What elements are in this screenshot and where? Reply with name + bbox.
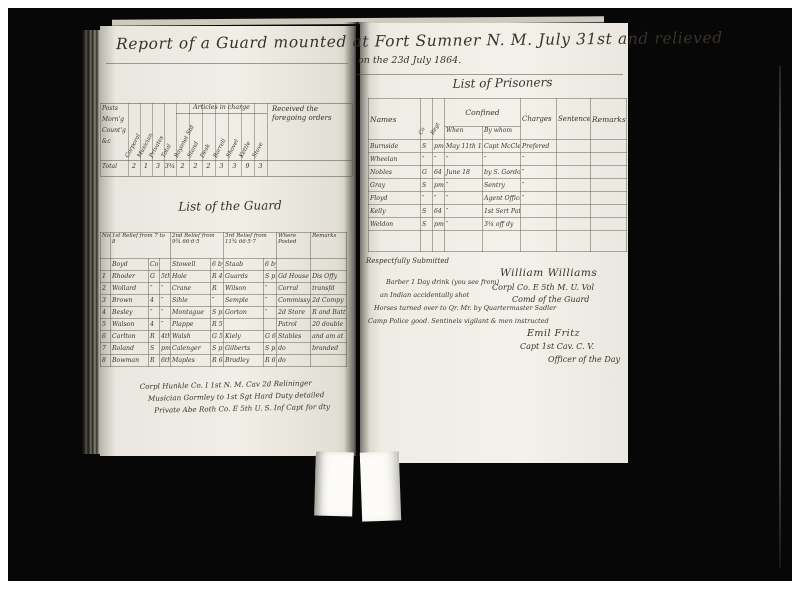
cell: transfd — [311, 283, 347, 295]
cell: ″ — [521, 166, 557, 179]
report-title-line2: on the 23d July 1864. — [358, 55, 461, 66]
cell — [264, 319, 277, 331]
cell: S pm — [211, 343, 224, 355]
cell: ″ — [445, 218, 483, 231]
guard-col-relief1: 1st Relief from 7 to 8 — [111, 233, 171, 259]
cell: 64 — [433, 166, 445, 179]
cell: Walsh — [171, 331, 211, 343]
cell: Gray — [369, 179, 421, 192]
cell — [445, 231, 483, 252]
cell: Wilson — [224, 283, 264, 295]
cell: Burnside — [369, 140, 421, 153]
prisoner-row-empty — [369, 231, 627, 252]
cell: R — [149, 355, 160, 367]
document-content: Report of a Guard mounted at Fort Sumner… — [0, 0, 800, 589]
prisoner-row: Weldon S pm ″ 3¼ off dy — [369, 218, 627, 231]
prisoner-row: Nobles G 64 June 18 by S. Gordon ″ — [369, 166, 627, 179]
cell: ″ — [445, 153, 483, 166]
guard-col-relief2: 2nd Relief from 9¾ 66·6·5 — [171, 233, 224, 259]
cell — [591, 218, 627, 231]
signature-officer-of-day-name: Emil Fritz — [527, 328, 580, 339]
cell: ″ — [149, 307, 160, 319]
footnote-line: Private Abe Roth Co. E 5th U. S. Inf Cap… — [140, 401, 330, 417]
cell: pm — [433, 218, 445, 231]
guard-row: 2 Wollard ″ ″ Crane R Wilson ″ Corral tr… — [101, 283, 347, 295]
total-value: 9 — [241, 162, 254, 170]
cell: ″ — [264, 307, 277, 319]
cell: 2d Compy — [311, 295, 347, 307]
detail-table: Posts Morn'g Count'g &c Total Corporal M… — [100, 103, 352, 176]
cell: Sihle — [171, 295, 211, 307]
prisoners-title: List of Prisoners — [425, 75, 580, 92]
cell: do — [277, 343, 311, 355]
cell: R 6th — [264, 355, 277, 367]
cell — [591, 153, 627, 166]
cell: Plappe — [171, 319, 211, 331]
cell: 1st Sert Patton — [483, 205, 521, 218]
prisoners-col-sentence: Sentence — [557, 99, 591, 140]
prisoners-table: Names Co Regt Confined Charges Sentence … — [368, 98, 627, 252]
cell — [591, 166, 627, 179]
cell — [311, 355, 347, 367]
cell: ″ — [421, 192, 433, 205]
cell — [557, 205, 591, 218]
title-underline-right — [357, 74, 623, 75]
cell: Hole — [171, 271, 211, 283]
guard-table: No. 1st Relief from 7 to 8 2nd Relief fr… — [100, 232, 347, 367]
cell: Maples — [171, 355, 211, 367]
cell: branded — [311, 343, 347, 355]
grid-line — [100, 160, 352, 161]
grid-line — [100, 176, 352, 177]
guard-col-remarks: Remarks — [311, 233, 347, 259]
grid-line — [100, 103, 101, 176]
cell: ″ — [211, 295, 224, 307]
cell: Agent Office — [483, 192, 521, 205]
total-value: 3 — [215, 162, 228, 170]
prisoner-row: Floyd ″ ″ ″ Agent Office ″ — [369, 192, 627, 205]
guard-row: 8 Bowman R 6th Maples R 64 Bradley R 6th… — [101, 355, 347, 367]
cell: S pm — [211, 307, 224, 319]
column-header-diagonal: Regt — [430, 122, 442, 136]
cell: Nobles — [369, 166, 421, 179]
row-label: &c — [102, 138, 111, 145]
cell — [433, 231, 445, 252]
cell: 64 — [433, 205, 445, 218]
cell: ″ — [160, 295, 171, 307]
cell — [557, 218, 591, 231]
cell: Guards — [224, 271, 264, 283]
cell: Bowman — [111, 355, 149, 367]
cell: Stowell — [171, 259, 211, 271]
cell — [557, 192, 591, 205]
cell — [557, 153, 591, 166]
cell: 7 — [101, 343, 111, 355]
cell: ″ — [445, 192, 483, 205]
cell: Kiely — [224, 331, 264, 343]
cell — [591, 140, 627, 153]
cell: Kelly — [369, 205, 421, 218]
cell: Boyd — [111, 259, 149, 271]
title-underline-left — [106, 63, 348, 64]
cell: Roland — [111, 343, 149, 355]
guard-row: 7 Roland S pm Calenger S pm Gilberts S p… — [101, 343, 347, 355]
cell — [483, 231, 521, 252]
cell: S pm — [264, 343, 277, 355]
total-value: 3 — [254, 162, 267, 170]
total-value: 1 — [140, 162, 152, 170]
guard-list-title: List of the Guard — [165, 198, 295, 214]
cell: Gorton — [224, 307, 264, 319]
cell: S — [421, 205, 433, 218]
cell: 1 — [101, 271, 111, 283]
cell: Gilberts — [224, 343, 264, 355]
column-header-diagonal: Total — [161, 143, 173, 159]
cell: ″ — [445, 179, 483, 192]
cell: Brown — [111, 295, 149, 307]
guard-row: Boyd Corp Stowell 6 by Staab 6 by — [101, 259, 347, 271]
cell: S — [149, 343, 160, 355]
guard-footnotes: Corpl Hunkle Co. I 1st N. M. Cav 2d Reli… — [140, 377, 331, 417]
cell: ″ — [433, 192, 445, 205]
cell: pm — [433, 179, 445, 192]
cell: May 11th 1864 — [445, 140, 483, 153]
cell: ″ — [521, 192, 557, 205]
cell: June 18 — [445, 166, 483, 179]
cell: ″ — [264, 295, 277, 307]
grid-line — [267, 103, 268, 176]
total-value: 3 — [152, 162, 164, 170]
cell — [224, 319, 264, 331]
total-value: 2 — [128, 162, 140, 170]
cell — [521, 205, 557, 218]
cell: Floyd — [369, 192, 421, 205]
row-label: Posts — [102, 105, 118, 112]
cell: 3 — [101, 295, 111, 307]
cell: 20 double — [311, 319, 347, 331]
total-label: Total — [102, 163, 117, 170]
cell: ″ — [160, 319, 171, 331]
cell: S pm — [264, 271, 277, 283]
cell: Commissy — [277, 295, 311, 307]
cell — [160, 259, 171, 271]
cell: Sentry — [483, 179, 521, 192]
prisoners-col-remarks: Remarks — [591, 99, 627, 140]
cell: Carlton — [111, 331, 149, 343]
cell: Semple — [224, 295, 264, 307]
cell: ″ — [264, 283, 277, 295]
note-line: Camp Police good. Sentinels vigilant & m… — [368, 315, 556, 328]
report-title-line1: Report of a Guard mounted at Fort Sumner… — [116, 29, 723, 53]
received-orders-note: foregoing orders — [272, 114, 332, 122]
cell: by S. Gordon — [483, 166, 521, 179]
cell: pm — [433, 140, 445, 153]
prisoner-row: Burnside S pm May 11th 1864 Capt McCleav… — [369, 140, 627, 153]
grid-line — [352, 103, 353, 176]
cell: S — [421, 179, 433, 192]
cell: 6th — [160, 355, 171, 367]
cell: 5th — [160, 271, 171, 283]
prisoner-row: Gray S pm ″ Sentry ″ — [369, 179, 627, 192]
cell: Bradley — [224, 355, 264, 367]
cell — [557, 166, 591, 179]
cell — [591, 205, 627, 218]
respectfully-submitted: Respectfully Submitted — [366, 257, 449, 265]
guard-row: 1 Rhoder G 5th Hole R 4 Guards S pm Gd H… — [101, 271, 347, 283]
signature-guard-commander-rank: Corpl Co. E 5th M. U. Vol — [492, 283, 594, 292]
cell — [311, 259, 347, 271]
cell: ″ — [433, 153, 445, 166]
prisoners-col-charges: Charges — [521, 99, 557, 140]
total-value: 3¾ — [164, 162, 176, 170]
signature-guard-commander-name: William Williams — [500, 267, 597, 279]
cell: ″ — [445, 205, 483, 218]
cell: Montague — [171, 307, 211, 319]
cell: 4 — [101, 307, 111, 319]
prisoners-col-when: When — [445, 127, 483, 140]
cell: ″ — [160, 283, 171, 295]
guard-row: 3 Brown 4 ″ Sihle ″ Semple ″ Commissy 2d… — [101, 295, 347, 307]
prisoners-col-regt: Regt — [433, 99, 445, 140]
guard-row: 6 Carlton R 4th Walsh G 5 Kiely G 64 Sta… — [101, 331, 347, 343]
cell — [591, 231, 627, 252]
prisoner-row: Kelly S 64 ″ 1st Sert Patton — [369, 205, 627, 218]
cell: G 5 — [211, 331, 224, 343]
cell: G 64 — [264, 331, 277, 343]
cell: R 4 — [211, 271, 224, 283]
cell: Patrol — [277, 319, 311, 331]
cell: Walson — [111, 319, 149, 331]
cell: ″ — [160, 307, 171, 319]
cell — [591, 179, 627, 192]
cell: Weldon — [369, 218, 421, 231]
received-orders-note: Received the — [272, 105, 318, 113]
cell: Wheelan — [369, 153, 421, 166]
cell: Crane — [171, 283, 211, 295]
microfilm-scan-frame: Report of a Guard mounted at Fort Sumner… — [0, 0, 800, 589]
cell: and am at — [311, 331, 347, 343]
cell: Capt McCleave — [483, 140, 521, 153]
cell: 8 — [101, 355, 111, 367]
cell: Staab — [224, 259, 264, 271]
cell: 6 by — [211, 259, 224, 271]
cell: 4 — [149, 319, 160, 331]
cell — [101, 259, 111, 271]
cell: Dis Offy — [311, 271, 347, 283]
total-value: 2 — [176, 162, 189, 170]
cell: ″ — [483, 153, 521, 166]
guard-row: 5 Walson 4 ″ Plappe R 5 Patrol 20 double — [101, 319, 347, 331]
cell: G — [421, 166, 433, 179]
cell: do — [277, 355, 311, 367]
cell — [369, 231, 421, 252]
guard-row: 4 Besley ″ ″ Montague S pm Gorton ″ 2d S… — [101, 307, 347, 319]
cell: ″ — [149, 283, 160, 295]
cell: Prefered — [521, 140, 557, 153]
cell — [521, 231, 557, 252]
cell: 5 — [101, 319, 111, 331]
cell — [557, 231, 591, 252]
row-label: Count'g — [102, 127, 126, 134]
prisoners-col-names: Names — [369, 99, 421, 140]
cell: R — [149, 331, 160, 343]
cell: Rhoder — [111, 271, 149, 283]
prisoners-col-confined: Confined — [445, 99, 521, 127]
cell: ″ — [521, 179, 557, 192]
cell: 3¼ off dy — [483, 218, 521, 231]
cell: pm — [160, 343, 171, 355]
cell: Gd House — [277, 271, 311, 283]
total-value: 3 — [228, 162, 241, 170]
cell — [277, 259, 311, 271]
cell: G — [149, 271, 160, 283]
signature-officer-of-day-rank: Capt 1st Cav. C. V. — [520, 342, 594, 351]
cell: ″ — [521, 153, 557, 166]
cell: Stables — [277, 331, 311, 343]
total-value: 2 — [202, 162, 215, 170]
cell: R 5 — [211, 319, 224, 331]
guard-col-posted: Where Posted — [277, 233, 311, 259]
cell: Calenger — [171, 343, 211, 355]
cell — [591, 192, 627, 205]
cell — [421, 231, 433, 252]
guard-col-relief3: 3rd Relief from 11¾ 66·5·7 — [224, 233, 277, 259]
cell: R — [211, 283, 224, 295]
cell — [557, 140, 591, 153]
total-value: 2 — [189, 162, 202, 170]
cell: Corp — [149, 259, 160, 271]
cell — [521, 218, 557, 231]
cell: 6 — [101, 331, 111, 343]
cell: Besley — [111, 307, 149, 319]
cell: 2 — [101, 283, 111, 295]
cell: 4 — [149, 295, 160, 307]
cell: ″ — [421, 153, 433, 166]
cell: Corral — [277, 283, 311, 295]
cell: S — [421, 218, 433, 231]
cell: 4th — [160, 331, 171, 343]
guard-col-no: No. — [101, 233, 111, 259]
prisoners-col-bywhom: By whom — [483, 127, 521, 140]
cell: 6 by — [264, 259, 277, 271]
cell: Wollard — [111, 283, 149, 295]
cell: R 64 — [211, 355, 224, 367]
cell — [557, 179, 591, 192]
cell: 2d Store — [277, 307, 311, 319]
signature-guard-commander-role: Comd of the Guard — [512, 295, 589, 304]
articles-in-charge-header: Articles in charge — [176, 104, 267, 111]
row-label: Morn'g — [102, 116, 124, 123]
cell: R and Batt — [311, 307, 347, 319]
prisoner-row: Wheelan ″ ″ ″ ″ ″ — [369, 153, 627, 166]
cell: S — [421, 140, 433, 153]
signature-officer-of-day-role: Officer of the Day — [548, 355, 620, 364]
